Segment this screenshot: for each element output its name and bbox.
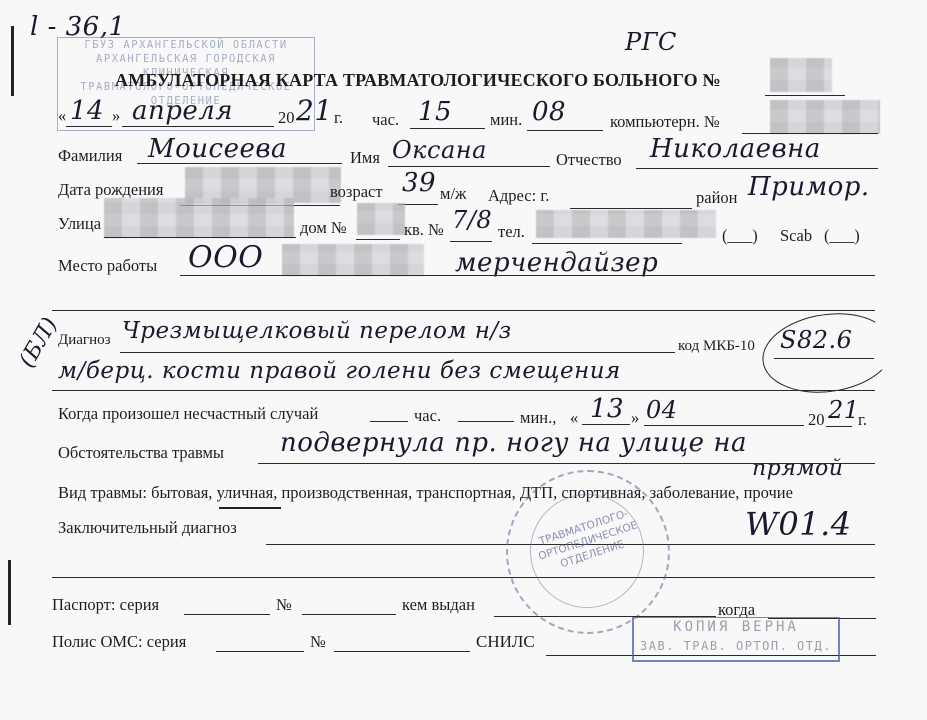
accident-day-line <box>582 424 630 425</box>
phone-label: тел. <box>498 222 525 242</box>
phone-extra: (___) <box>722 226 758 246</box>
accident-hour-line <box>370 421 408 422</box>
passport-series-line <box>184 614 270 615</box>
name-value: Оксана <box>392 136 487 164</box>
age-value: 39 <box>402 168 436 198</box>
house-line <box>356 239 400 240</box>
page-title: АМБУЛАТОРНАЯ КАРТА ТРАВМАТОЛОГИЧЕСКОГО Б… <box>115 70 721 91</box>
visit-day-line <box>66 126 112 127</box>
card-number-redacted <box>770 58 832 92</box>
street-label: Улица <box>58 214 101 234</box>
visit-minute-line <box>527 130 603 131</box>
final-diagnosis-label: Заключительный диагноз <box>58 518 237 538</box>
visit-day: 14 <box>70 96 104 126</box>
copy-stamp-line-1: КОПИЯ ВЕРНА <box>634 618 838 637</box>
sex-label: м/ж <box>440 184 466 204</box>
computer-no-redacted <box>770 100 880 134</box>
accident-minute-label: мин., <box>520 408 556 428</box>
icd-label: код МКБ-10 <box>678 338 755 355</box>
district-value: Примор. <box>748 172 870 202</box>
accident-month: 04 <box>646 396 678 424</box>
diagnosis-label: Диагноз <box>58 332 111 349</box>
phone-line <box>532 243 682 244</box>
phone-redacted <box>536 210 716 238</box>
injury-type-option-selected[interactable]: уличная, <box>217 483 278 502</box>
injury-type-option[interactable]: транспортная, <box>416 483 515 502</box>
name-label: Имя <box>350 148 380 168</box>
patronymic-label: Отчество <box>556 150 622 170</box>
workplace-line <box>180 275 875 276</box>
final-diagnosis-value: W01.4 <box>745 505 852 543</box>
copy-stamp-line-2: ЗАВ. ТРАВ. ОРТОП. ОТД. <box>634 637 838 656</box>
surname-line <box>137 163 342 164</box>
injury-type-row: Вид травмы: бытовая, уличная, производст… <box>58 483 793 503</box>
snils-label: СНИЛС <box>476 632 535 652</box>
margin-mark-top <box>11 26 14 96</box>
name-line <box>388 166 550 167</box>
accident-year-suffix: г. <box>858 410 867 430</box>
injury-type-option[interactable]: производственная, <box>281 483 412 502</box>
accident-day: 13 <box>590 394 624 424</box>
visit-close-quote: » <box>112 106 120 126</box>
patronymic-line <box>636 168 878 169</box>
injury-type-option[interactable]: прочие <box>744 483 793 502</box>
visit-hour-line <box>410 128 485 129</box>
icd-circle <box>757 305 899 401</box>
passport-no-line <box>302 614 396 615</box>
apt-value: 7/8 <box>452 206 492 234</box>
visit-hour: 15 <box>418 97 452 127</box>
visit-month: апреля <box>132 96 233 126</box>
circumstances-value: подвернула пр. ногу на улице на <box>280 428 747 458</box>
visit-open-quote: « <box>58 106 66 126</box>
accident-label: Когда произошел несчастный случай <box>58 404 318 424</box>
age-label: возраст <box>330 182 383 202</box>
accident-year-line <box>826 426 852 427</box>
apt-label: кв. № <box>404 220 444 240</box>
diagnosis-line-1: Чрезмыщелковый перелом н/з <box>122 318 512 344</box>
accident-year-prefix: 20 <box>808 410 825 430</box>
diagnosis-line-1-rule <box>120 352 675 353</box>
side-note: (БЛ) <box>15 313 64 372</box>
visit-year-prefix: 20 <box>278 108 295 128</box>
passport-issued-label: кем выдан <box>402 595 475 615</box>
injury-type-option[interactable]: заболевание, <box>650 483 740 502</box>
workplace-line-2 <box>52 310 875 311</box>
workplace-org: ООО <box>188 240 263 275</box>
passport-no-label: № <box>276 595 292 615</box>
accident-hour-label: час. <box>414 406 441 426</box>
apt-line <box>450 241 492 242</box>
district-label: район <box>696 188 737 208</box>
department-round-stamp: ТРАВМАТОЛОГО- ОРТОПЕДИЧЕСКОЕ ОТДЕЛЕНИЕ <box>506 470 670 634</box>
visit-hour-label: час. <box>372 110 399 130</box>
stamp-line: АРХАНГЕЛЬСКАЯ ГОРОДСКАЯ <box>58 52 314 66</box>
accident-minute-line <box>458 421 514 422</box>
street-line <box>104 237 296 238</box>
address-city-line <box>570 208 692 209</box>
passport-label: Паспорт: серия <box>52 595 159 615</box>
diagnosis-line-2-rule <box>52 390 875 391</box>
stamp-line: ГБУЗ АРХАНГЕЛЬСКОЙ ОБЛАСТИ <box>58 38 314 52</box>
oms-label: Полис ОМС: серия <box>52 632 186 652</box>
workplace-label: Место работы <box>58 256 157 276</box>
workplace-redacted <box>282 244 424 276</box>
oms-series-line <box>216 651 304 652</box>
surname-value: Моисеева <box>148 134 287 164</box>
visit-minute-label: мин. <box>490 110 522 130</box>
icd-rule <box>774 358 874 359</box>
trauma-outpatient-card: l - 36,1 РГС ГБУЗ АРХАНГЕЛЬСКОЙ ОБЛАСТИ … <box>0 0 927 720</box>
circumstances-label: Обстоятельства травмы <box>58 443 224 463</box>
workplace-role: мерчендайзер <box>455 248 658 278</box>
house-redacted <box>357 203 405 235</box>
scab-value: (___) <box>824 226 860 246</box>
accident-close-quote: » <box>631 408 639 428</box>
accident-year: 21 <box>828 396 860 424</box>
oms-no-label: № <box>310 632 326 652</box>
injury-type-option[interactable]: бытовая, <box>151 483 212 502</box>
certified-copy-stamp: КОПИЯ ВЕРНА ЗАВ. ТРАВ. ОРТОП. ОТД. <box>632 617 840 662</box>
final-diagnosis-line-2 <box>52 577 875 578</box>
top-right-note: РГС <box>625 28 677 56</box>
scab-label: Scab <box>780 226 812 246</box>
diagnosis-line-2: м/берц. кости правой голени без смещения <box>58 358 621 384</box>
dob-label: Дата рождения <box>58 180 163 200</box>
circumstances-value-cont: прямой <box>752 456 843 481</box>
accident-month-line <box>644 425 804 426</box>
margin-mark-bottom <box>8 560 11 625</box>
address-city-label: Адрес: г. <box>488 186 549 206</box>
card-number-line <box>765 95 845 96</box>
oms-no-line <box>334 651 470 652</box>
patronymic-value: Николаевна <box>650 134 821 164</box>
surname-label: Фамилия <box>58 146 122 166</box>
visit-month-line <box>122 126 274 127</box>
street-redacted <box>104 198 294 238</box>
computer-no-label: компьютерн. № <box>610 112 720 132</box>
visit-year-suffix: г. <box>334 108 343 128</box>
house-label: дом № <box>300 218 347 238</box>
accident-open-quote: « <box>570 408 578 428</box>
injury-type-label: Вид травмы: <box>58 483 147 502</box>
visit-minute: 08 <box>532 97 566 127</box>
visit-year: 21 <box>296 94 333 127</box>
